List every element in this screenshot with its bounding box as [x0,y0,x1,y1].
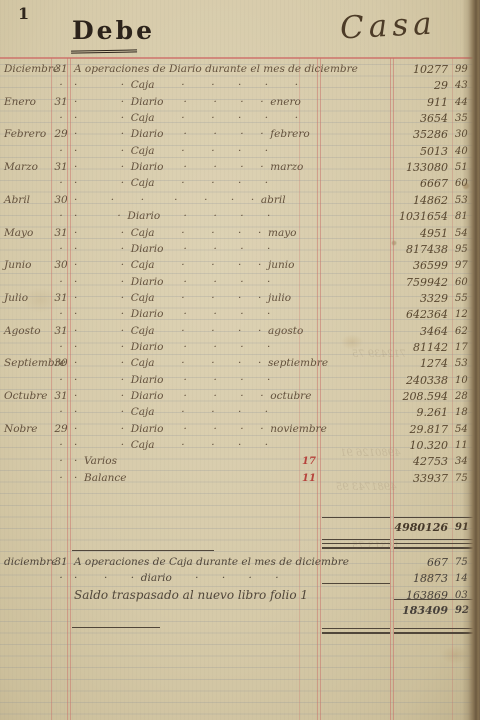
ledger-row: Junio30· · Caja · · · · junio3659997 [0,258,480,273]
entry-amount: 208.594 [330,389,448,404]
entry-day: · [52,373,70,388]
entry-amount: 29.817 [330,422,448,437]
entry-folio: 11 [302,471,320,486]
entry-description: · · Diario · · · · febrero [74,127,310,142]
ledger-row: Abril30· · · · · · · abril1486253 [0,193,480,208]
pencil-rule [322,628,390,629]
entry-amount: 14862 [330,193,448,208]
bleedthrough-text: 712439 75 [352,349,406,360]
entry-description: · · Diario · · · · [74,275,270,290]
entry-amount: 4951 [330,226,448,241]
entry-folio: 17 [302,454,320,469]
pencil-rule [322,583,390,584]
entry-day: 31 [52,226,70,241]
entry-amount: 133080 [330,160,448,175]
entry-amount: 9.261 [330,405,448,420]
entry-description: · · Caja · · · · agosto [74,324,303,339]
header-debe-underline [71,44,137,53]
bleedthrough-text: 4981743 95 [336,482,396,493]
total-amount: 4980126 [330,520,448,535]
entry-description: · · Caja · · · · [74,438,268,453]
entry-day: · [52,176,70,191]
entry-description: Saldo traspasado al nuevo libro folio 1 [74,588,308,603]
entry-day: · [52,405,70,420]
page-number: 1 [18,4,29,23]
ledger-row: ·· · Diario · · · ·81743895 [0,242,480,257]
entry-amount: 3329 [330,291,448,306]
entry-day: 29 [52,127,70,142]
ledger-row: Diciembre31A operaciones de Diario duran… [0,62,480,77]
ledger-row: ·· · · diario · · · ·1887314 [0,571,480,586]
entry-amount: 911 [330,95,448,110]
entry-day: · [52,571,70,586]
ledger-row: Septiembre30· · Caja · · · · septiembre1… [0,356,480,371]
entry-description: · · Caja · · · · [74,405,268,420]
entry-day: 31 [52,291,70,306]
ledger-row: ·· Balance113393775 [0,471,480,486]
entry-day: · [52,275,70,290]
entry-day: 31 [52,160,70,175]
entry-amount: 36599 [330,258,448,273]
pencil-rule [322,517,390,518]
entry-description: · · Diario · · · · octubre [74,389,311,404]
entry-day: · [52,78,70,93]
entry-day: · [52,144,70,159]
entry-day: 31 [52,389,70,404]
entry-description: · · Caja · · · · septiembre [74,356,328,371]
entry-day: 30 [52,258,70,273]
entry-day: 31 [52,62,70,77]
entry-amount: 163869 [330,588,448,603]
entry-day: 29 [52,422,70,437]
entry-description: · · Diario · · · · [74,340,270,355]
ledger-row: Enero31· · Diario · · · · enero91144 [0,95,480,110]
entry-day: 31 [52,555,70,570]
entry-description: · · Diario · · · · [74,209,270,224]
entry-day: · [52,242,70,257]
entry-day: · [52,438,70,453]
entry-description: · · Caja · · · · julio [74,291,291,306]
entry-day: 31 [52,95,70,110]
ledger-row: ·· · Caja · · · ·10.32011 [0,438,480,453]
entry-description: · · Diario · · · · noviembre [74,422,327,437]
entry-description: · · Diario · · · · [74,242,270,257]
entry-description: · · Diario · · · · marzo [74,160,303,175]
entry-description: · · Caja · · · · · [74,78,298,93]
entry-day: · [52,209,70,224]
entry-day: · [52,471,70,486]
entry-amount: 3464 [330,324,448,339]
ledger-row: diciembre31A operaciones de Caja durante… [0,555,480,570]
entry-description: A operaciones de Caja durante el mes de … [74,555,349,570]
entry-description: · · · diario · · · · [74,571,279,586]
entry-description: · · Diario · · · · [74,373,270,388]
ledger-row: ·· · Caja · · · ·666760 [0,176,480,191]
entry-day: 30 [52,356,70,371]
header-casa: Casa [339,5,437,46]
ledger-row: ·· · Diario · · · ·24033810 [0,373,480,388]
ledger-total-row: 4980126 91 [0,520,480,535]
pencil-rule [322,632,390,634]
pencil-rule [72,550,214,551]
entry-description: · Varios [74,454,117,469]
entry-description: · · Diario · · · · enero [74,95,301,110]
entry-day: · [52,111,70,126]
entry-amount: 759942 [330,275,448,290]
entry-amount: 817438 [330,242,448,257]
entry-description: A operaciones de Diario durante el mes d… [74,62,358,77]
ledger-row: Mayo31· · Caja · · · · mayo495154 [0,226,480,241]
ledger-row: ·· · Diario · · · ·75994260 [0,275,480,290]
closing-total-row: 183409 92 [0,603,480,618]
bleedthrough-text: 4980126 91 [340,448,400,459]
header-rule [0,57,480,59]
entry-amount: 10277 [330,62,448,77]
entry-description: · · Caja · · · · [74,144,268,159]
ledger-row: ·· · Diario · · · ·103165481 [0,209,480,224]
entry-description: · · · · · · · abril [74,193,286,208]
ledger-row: Julio31· · Caja · · · · julio332955 [0,291,480,306]
entry-amount: 29 [330,78,448,93]
pencil-rule [72,627,160,628]
entry-description: · Balance [74,471,126,486]
closing-total-amount: 183409 [330,603,448,618]
bleedthrough-text: 18313 75 [352,541,400,552]
entry-amount: 240338 [330,373,448,388]
ledger-row: Octubre31· · Diario · · · · octubre208.5… [0,389,480,404]
ledger-row: Marzo31· · Diario · · · · marzo13308051 [0,160,480,175]
entry-day: · [52,307,70,322]
ledger-row: ·· Varios174275334 [0,454,480,469]
ledger-row: Febrero29· · Diario · · · · febrero35286… [0,127,480,142]
entry-description: · · Caja · · · · · [74,111,298,126]
ledger-row: ·· · Caja · · · · ·365435 [0,111,480,126]
ledger-row: ·· · Diario · · · ·64236412 [0,307,480,322]
pencil-rule [322,539,390,540]
entry-description: · · Caja · · · · [74,176,268,191]
ledger-row: Agosto31· · Caja · · · · agosto346462 [0,324,480,339]
ledger-row: Nobre29· · Diario · · · · noviembre29.81… [0,422,480,437]
ledger-page: 1 Debe Casa Diciembre31A operaciones de … [0,0,480,720]
ledger-row: ·· · Diario · · · ·8114217 [0,340,480,355]
entry-description: · · Caja · · · · mayo [74,226,297,241]
entry-day: · [52,340,70,355]
entry-amount: 667 [330,555,448,570]
entry-amount: 5013 [330,144,448,159]
ledger-row: ·· · Caja · · · ·501340 [0,144,480,159]
ledger-row: Saldo traspasado al nuevo libro folio 11… [0,588,480,603]
entry-day: 31 [52,324,70,339]
header-debe: Debe [72,16,155,45]
entry-amount: 6667 [330,176,448,191]
entry-amount: 1031654 [330,209,448,224]
page-edge [462,0,480,720]
entry-day: · [52,454,70,469]
ledger-row: ·· · Caja · · · ·9.26118 [0,405,480,420]
entry-amount: 642364 [330,307,448,322]
entry-amount: 35286 [330,127,448,142]
entry-description: · · Caja · · · · junio [74,258,295,273]
entry-description: · · Diario · · · · [74,307,270,322]
entry-amount: 3654 [330,111,448,126]
entry-day: 30 [52,193,70,208]
ledger-row: ·· · Caja · · · · ·2943 [0,78,480,93]
